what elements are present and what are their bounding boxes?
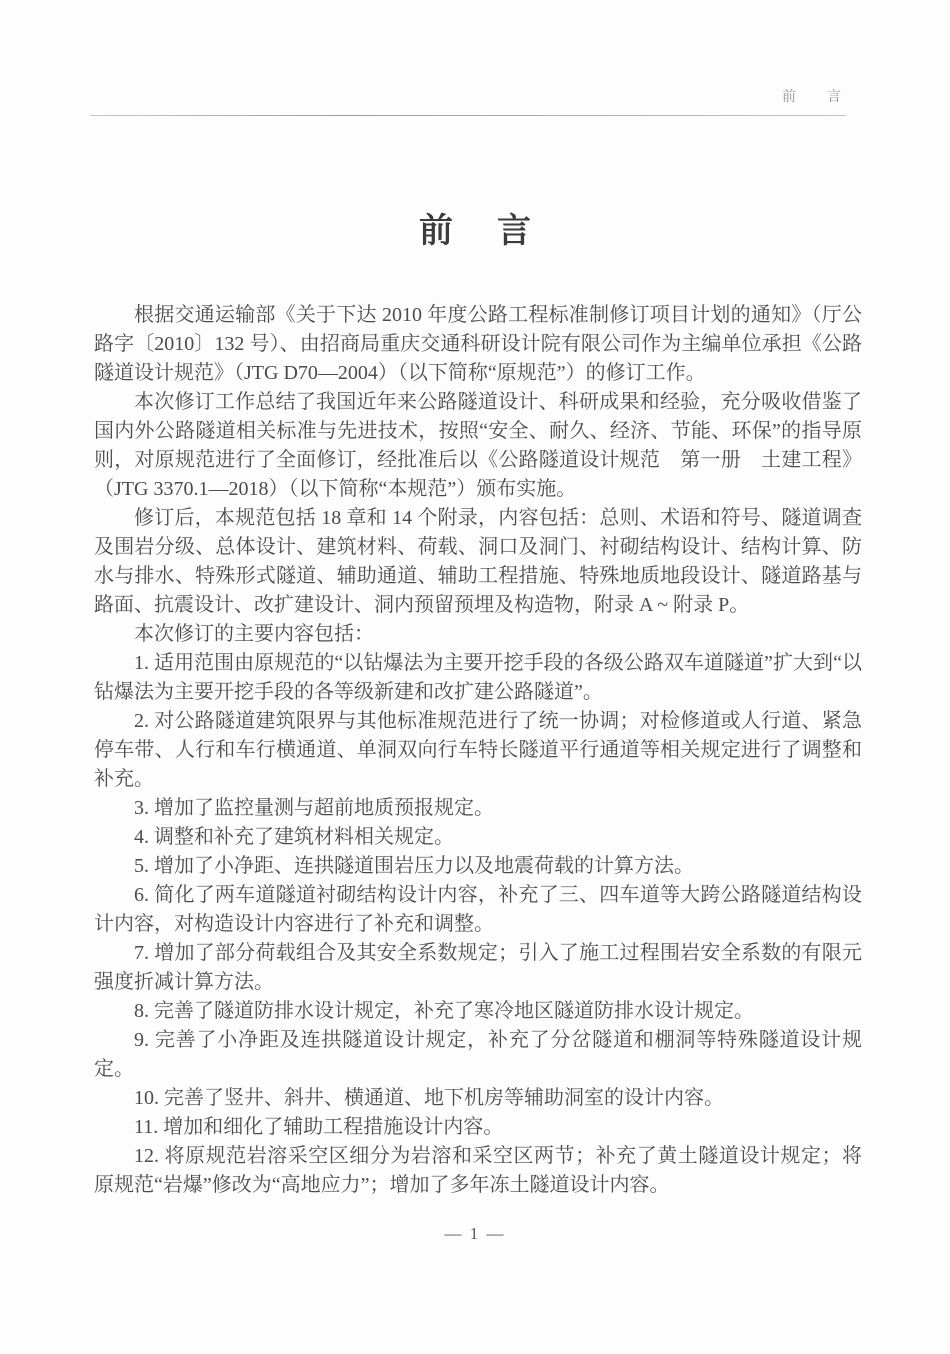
list-item-8: 8. 完善了隧道防排水设计规定，补充了寒冷地区隧道防排水设计规定。 xyxy=(94,997,862,1026)
list-item-4: 4. 调整和补充了建筑材料相关规定。 xyxy=(94,823,862,852)
document-page: 前 言 前 言 根据交通运输部《关于下达 2010 年度公路工程标准制修订项目计… xyxy=(0,0,950,1354)
list-item-1: 1. 适用范围由原规范的“以钻爆法为主要开挖手段的各级公路双车道隧道”扩大到“以… xyxy=(94,649,862,707)
paragraph-intro: 根据交通运输部《关于下达 2010 年度公路工程标准制修订项目计划的通知》（厅公… xyxy=(94,301,862,388)
page-title: 前 言 xyxy=(0,203,950,252)
paragraph-main-contents-lead: 本次修订的主要内容包括： xyxy=(94,620,862,649)
running-header: 前 言 xyxy=(782,86,842,106)
header-divider-rule xyxy=(90,115,846,116)
paragraph-revision-overview: 本次修订工作总结了我国近年来公路隧道设计、科研成果和经验，充分吸收借鉴了国内外公… xyxy=(94,388,862,504)
list-item-3: 3. 增加了监控量测与超前地质预报规定。 xyxy=(94,794,862,823)
list-item-11: 11. 增加和细化了辅助工程措施设计内容。 xyxy=(94,1113,862,1142)
running-header-char-first: 前 xyxy=(782,86,797,106)
list-item-10: 10. 完善了竖井、斜井、横通道、地下机房等辅助洞室的设计内容。 xyxy=(94,1084,862,1113)
page-title-char-second: 言 xyxy=(497,203,531,252)
list-item-5: 5. 增加了小净距、连拱隧道围岩压力以及地震荷载的计算方法。 xyxy=(94,852,862,881)
page-title-char-first: 前 xyxy=(419,203,453,252)
body-text: 根据交通运输部《关于下达 2010 年度公路工程标准制修订项目计划的通知》（厅公… xyxy=(94,301,862,1200)
list-item-7: 7. 增加了部分荷载组合及其安全系数规定；引入了施工过程围岩安全系数的有限元强度… xyxy=(94,939,862,997)
list-item-9: 9. 完善了小净距及连拱隧道设计规定，补充了分岔隧道和棚洞等特殊隧道设计规定。 xyxy=(94,1026,862,1084)
list-item-12: 12. 将原规范岩溶采空区细分为岩溶和采空区两节；补充了黄土隧道设计规定；将原规… xyxy=(94,1142,862,1200)
list-item-6: 6. 简化了两车道隧道衬砌结构设计内容，补充了三、四车道等大跨公路隧道结构设计内… xyxy=(94,881,862,939)
list-item-2: 2. 对公路隧道建筑限界与其他标准规范进行了统一协调；对检修道或人行道、紧急停车… xyxy=(94,707,862,794)
running-header-char-second: 言 xyxy=(827,86,842,106)
paragraph-contents-overview: 修订后，本规范包括 18 章和 14 个附录，内容包括：总则、术语和符号、隧道调… xyxy=(94,504,862,620)
page-number: — 1 — xyxy=(0,1224,950,1244)
